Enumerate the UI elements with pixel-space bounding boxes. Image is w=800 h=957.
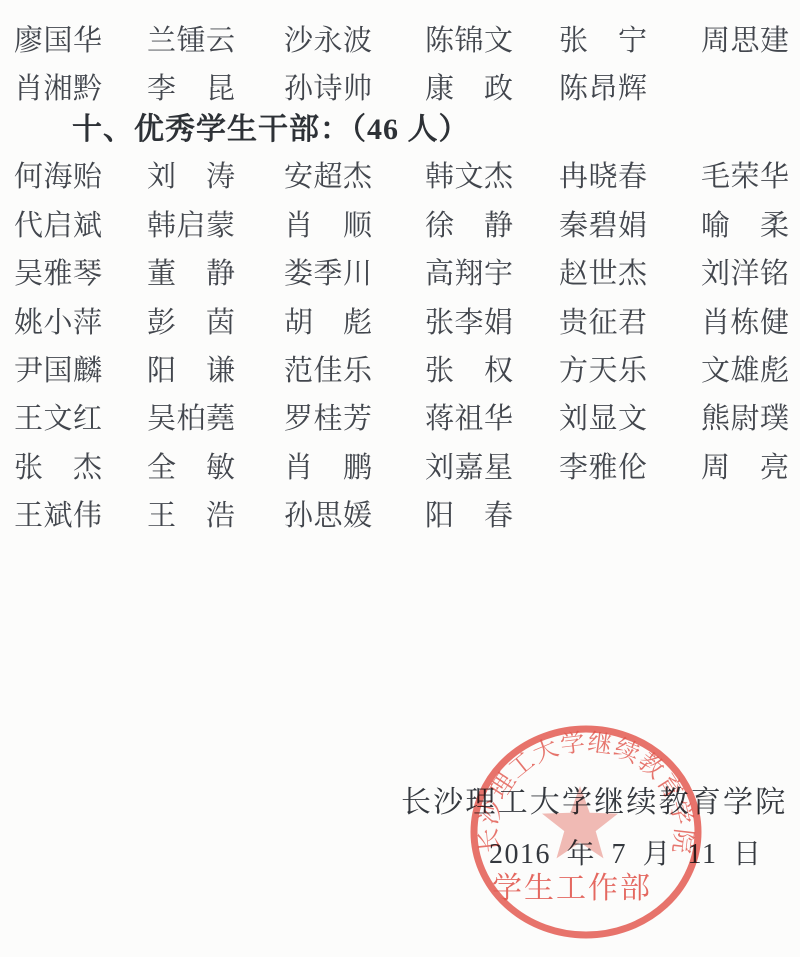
name-character: 贻: [73, 162, 102, 194]
name-character: 昂: [588, 74, 617, 106]
person-name: 刘洋铭: [701, 259, 789, 291]
name-character: 张: [425, 308, 454, 340]
name-character: 沙: [284, 26, 313, 58]
name-character: 涛: [206, 162, 235, 194]
name-row: 吴雅琴董静娄季川高翔宇赵世杰刘洋铭: [0, 259, 800, 295]
person-name: 肖栋健: [701, 308, 789, 340]
name-character: 刘: [559, 404, 588, 436]
person-name: 徐静: [425, 211, 513, 243]
name-row: 何海贻刘涛安超杰韩文杰冉晓春毛荣华: [0, 162, 800, 198]
name-character: 斌: [43, 501, 72, 533]
name-character: 思: [313, 501, 342, 533]
person-name: 周亮: [701, 453, 789, 485]
name-character: 云: [206, 26, 235, 58]
name-character: 思: [730, 26, 759, 58]
name-character: 栋: [730, 308, 759, 340]
name-character: 嘉: [454, 453, 483, 485]
name-character: 肖: [284, 453, 313, 485]
name-character: 静: [206, 259, 235, 291]
name-character: 徐: [425, 211, 454, 243]
name-character: 伟: [73, 501, 102, 533]
person-name: 冉晓春: [559, 162, 647, 194]
person-name: 刘显文: [559, 404, 647, 436]
name-row: 姚小萍彭茵胡彪张李娟贵征君肖栋健: [0, 308, 800, 344]
person-name: 刘涛: [147, 162, 235, 194]
name-character: 杰: [484, 162, 513, 194]
name-character: 春: [618, 162, 647, 194]
name-character: 孙: [284, 74, 313, 106]
name-character: 璞: [760, 404, 789, 436]
name-character: 尉: [730, 404, 759, 436]
person-name: 张权: [425, 356, 513, 388]
name-row: 王斌伟王浩孙思媛阳春: [0, 501, 800, 537]
name-character: 帅: [343, 74, 372, 106]
name-character: 贵: [559, 308, 588, 340]
name-character: 阳: [425, 501, 454, 533]
name-character: 海: [43, 162, 72, 194]
name-character: 晓: [588, 162, 617, 194]
name-character: 韩: [425, 162, 454, 194]
name-character: 刘: [425, 453, 454, 485]
name-character: 胡: [284, 308, 313, 340]
name-character: 娟: [618, 211, 647, 243]
name-character: 彪: [343, 308, 372, 340]
signature-date: 2016 年 7 月 11 日: [489, 840, 762, 871]
name-character: 杰: [343, 162, 372, 194]
name-character: 宇: [484, 259, 513, 291]
person-name: 张杰: [14, 453, 102, 485]
name-character: 文: [43, 404, 72, 436]
name-character: 熊: [701, 404, 730, 436]
name-character: 华: [760, 162, 789, 194]
name-character: 全: [147, 453, 176, 485]
name-character: 吴: [147, 404, 176, 436]
name-character: 肖: [284, 211, 313, 243]
name-row: 王文红吴柏蕘罗桂芳蒋祖华刘显文熊尉璞: [0, 404, 800, 440]
person-name: 彭茵: [147, 308, 235, 340]
name-row: 肖湘黔李昆孙诗帅康政陈昂辉: [0, 74, 800, 110]
person-name: 赵世杰: [559, 259, 647, 291]
name-character: 吴: [14, 259, 43, 291]
name-character: 顺: [343, 211, 372, 243]
name-character: 董: [147, 259, 176, 291]
name-character: 湘: [43, 74, 72, 106]
name-character: 世: [588, 259, 617, 291]
person-name: 孙思媛: [284, 501, 372, 533]
name-character: 蒙: [206, 211, 235, 243]
name-character: 锺: [176, 26, 205, 58]
person-name: 高翔宇: [425, 259, 513, 291]
person-name: 何海贻: [14, 162, 102, 194]
name-character: 肖: [14, 74, 43, 106]
signature-organization: 长沙理工大学继续教育学院: [401, 786, 787, 819]
name-character: 琴: [73, 259, 102, 291]
name-character: 张: [559, 26, 588, 58]
name-character: 启: [43, 211, 72, 243]
name-character: 华: [484, 404, 513, 436]
name-character: 永: [313, 26, 342, 58]
name-character: 文: [618, 404, 647, 436]
person-name: 尹国麟: [14, 356, 102, 388]
name-character: 亮: [760, 453, 789, 485]
person-name: 阳谦: [147, 356, 235, 388]
name-character: 祖: [454, 404, 483, 436]
name-character: 乐: [618, 356, 647, 388]
name-row: 张杰全敏肖鹏刘嘉星李雅伦周亮: [0, 453, 800, 489]
person-name: 康政: [425, 74, 513, 106]
person-name: 肖湘黔: [14, 74, 102, 106]
name-character: 国: [43, 356, 72, 388]
name-character: 肖: [701, 308, 730, 340]
person-name: 刘嘉星: [425, 453, 513, 485]
name-character: 秦: [559, 211, 588, 243]
name-character: 启: [176, 211, 205, 243]
person-name: 秦碧娟: [559, 211, 647, 243]
person-name: 陈昂辉: [559, 74, 647, 106]
name-character: 李: [454, 308, 483, 340]
name-character: 安: [284, 162, 313, 194]
name-character: 阳: [147, 356, 176, 388]
name-character: 蒋: [425, 404, 454, 436]
person-name: 安超杰: [284, 162, 372, 194]
person-name: 肖鹏: [284, 453, 372, 485]
name-character: 韩: [147, 211, 176, 243]
name-character: 季: [313, 259, 342, 291]
name-character: 洋: [730, 259, 759, 291]
name-character: 华: [73, 26, 102, 58]
name-character: 陈: [559, 74, 588, 106]
name-character: 君: [618, 308, 647, 340]
person-name: 代启斌: [14, 211, 102, 243]
person-name: 罗桂芳: [284, 404, 372, 436]
name-character: 春: [484, 501, 513, 533]
name-character: 蕘: [206, 404, 235, 436]
name-character: 征: [588, 308, 617, 340]
name-character: 柔: [760, 211, 789, 243]
name-character: 波: [343, 26, 372, 58]
name-character: 雅: [43, 259, 72, 291]
name-character: 杰: [73, 453, 102, 485]
name-character: 萍: [73, 308, 102, 340]
name-character: 铭: [760, 259, 789, 291]
name-character: 辉: [618, 74, 647, 106]
name-character: 乐: [343, 356, 372, 388]
name-character: 张: [425, 356, 454, 388]
person-name: 贵征君: [559, 308, 647, 340]
name-character: 谦: [206, 356, 235, 388]
name-character: 张: [14, 453, 43, 485]
name-character: 麟: [73, 356, 102, 388]
name-character: 媛: [343, 501, 372, 533]
name-character: 娟: [484, 308, 513, 340]
name-character: 杰: [618, 259, 647, 291]
name-character: 康: [425, 74, 454, 106]
person-name: 张李娟: [425, 308, 513, 340]
name-row: 廖国华兰锺云沙永波陈锦文张宁周思建: [0, 26, 800, 62]
person-name: 吴柏蕘: [147, 404, 235, 436]
name-character: 刘: [701, 259, 730, 291]
name-character: 代: [14, 211, 43, 243]
scanned-document-page: 廖国华兰锺云沙永波陈锦文张宁周思建肖湘黔李昆孙诗帅康政陈昂辉 十、优秀学生干部：…: [0, 0, 800, 957]
name-character: 星: [484, 453, 513, 485]
name-character: 方: [559, 356, 588, 388]
person-name: 董静: [147, 259, 235, 291]
section-heading: 十、优秀学生干部：（46 人）: [72, 113, 470, 148]
name-character: 诗: [313, 74, 342, 106]
person-name: 廖国华: [14, 26, 102, 58]
person-name: 张宁: [559, 26, 647, 58]
name-character: 锦: [454, 26, 483, 58]
person-name: 方天乐: [559, 356, 647, 388]
name-character: 雅: [588, 453, 617, 485]
person-name: 王文红: [14, 404, 102, 436]
name-character: 浩: [206, 501, 235, 533]
name-character: 柏: [176, 404, 205, 436]
person-name: 李雅伦: [559, 453, 647, 485]
person-name: 胡彪: [284, 308, 372, 340]
name-character: 小: [43, 308, 72, 340]
name-character: 静: [484, 211, 513, 243]
name-character: 权: [484, 356, 513, 388]
stamp-bottom-text: 学生工作部: [492, 872, 652, 905]
name-character: 翔: [454, 259, 483, 291]
person-name: 韩启蒙: [147, 211, 235, 243]
name-character: 周: [701, 26, 730, 58]
person-name: 兰锺云: [147, 26, 235, 58]
name-character: 昆: [206, 74, 235, 106]
name-character: 彭: [147, 308, 176, 340]
name-character: 彪: [760, 356, 789, 388]
stamp-ring: [474, 729, 698, 935]
name-character: 文: [454, 162, 483, 194]
name-character: 文: [484, 26, 513, 58]
name-character: 建: [760, 26, 789, 58]
name-character: 红: [73, 404, 102, 436]
name-character: 赵: [559, 259, 588, 291]
name-character: 国: [43, 26, 72, 58]
name-character: 喻: [701, 211, 730, 243]
person-name: 姚小萍: [14, 308, 102, 340]
name-character: 李: [147, 74, 176, 106]
name-character: 孙: [284, 501, 313, 533]
name-character: 伦: [618, 453, 647, 485]
name-character: 姚: [14, 308, 43, 340]
name-character: 芳: [343, 404, 372, 436]
name-character: 茵: [206, 308, 235, 340]
name-character: 宁: [618, 26, 647, 58]
name-character: 显: [588, 404, 617, 436]
name-character: 敏: [206, 453, 235, 485]
name-character: 荣: [730, 162, 759, 194]
person-name: 蒋祖华: [425, 404, 513, 436]
person-name: 沙永波: [284, 26, 372, 58]
person-name: 吴雅琴: [14, 259, 102, 291]
name-character: 黔: [73, 74, 102, 106]
name-character: 天: [588, 356, 617, 388]
name-row: 尹国麟阳谦范佳乐张权方天乐文雄彪: [0, 356, 800, 392]
name-character: 王: [14, 501, 43, 533]
name-character: 高: [425, 259, 454, 291]
name-character: 兰: [147, 26, 176, 58]
name-row: 代启斌韩启蒙肖顺徐静秦碧娟喻柔: [0, 211, 800, 247]
name-character: 川: [343, 259, 372, 291]
name-character: 李: [559, 453, 588, 485]
person-name: 阳春: [425, 501, 513, 533]
name-character: 尹: [14, 356, 43, 388]
name-character: 毛: [701, 162, 730, 194]
person-name: 陈锦文: [425, 26, 513, 58]
name-character: 佳: [313, 356, 342, 388]
name-character: 文: [701, 356, 730, 388]
person-name: 熊尉璞: [701, 404, 789, 436]
name-character: 碧: [588, 211, 617, 243]
name-character: 鹏: [343, 453, 372, 485]
person-name: 孙诗帅: [284, 74, 372, 106]
person-name: 娄季川: [284, 259, 372, 291]
person-name: 全敏: [147, 453, 235, 485]
official-seal-stamp: 长沙理工大学继续教育学院 学生工作部: [466, 722, 706, 942]
person-name: 喻柔: [701, 211, 789, 243]
name-character: 健: [760, 308, 789, 340]
name-character: 斌: [73, 211, 102, 243]
person-name: 周思建: [701, 26, 789, 58]
name-character: 罗: [284, 404, 313, 436]
name-character: 范: [284, 356, 313, 388]
name-character: 王: [147, 501, 176, 533]
name-character: 刘: [147, 162, 176, 194]
name-character: 超: [313, 162, 342, 194]
person-name: 范佳乐: [284, 356, 372, 388]
person-name: 王浩: [147, 501, 235, 533]
person-name: 肖顺: [284, 211, 372, 243]
name-character: 何: [14, 162, 43, 194]
name-character: 王: [14, 404, 43, 436]
person-name: 文雄彪: [701, 356, 789, 388]
name-character: 陈: [425, 26, 454, 58]
person-name: 毛荣华: [701, 162, 789, 194]
name-character: 冉: [559, 162, 588, 194]
name-character: 桂: [313, 404, 342, 436]
name-character: 娄: [284, 259, 313, 291]
name-character: 政: [484, 74, 513, 106]
person-name: 王斌伟: [14, 501, 102, 533]
name-character: 雄: [730, 356, 759, 388]
name-character: 廖: [14, 26, 43, 58]
person-name: 李昆: [147, 74, 235, 106]
person-name: 韩文杰: [425, 162, 513, 194]
name-character: 周: [701, 453, 730, 485]
